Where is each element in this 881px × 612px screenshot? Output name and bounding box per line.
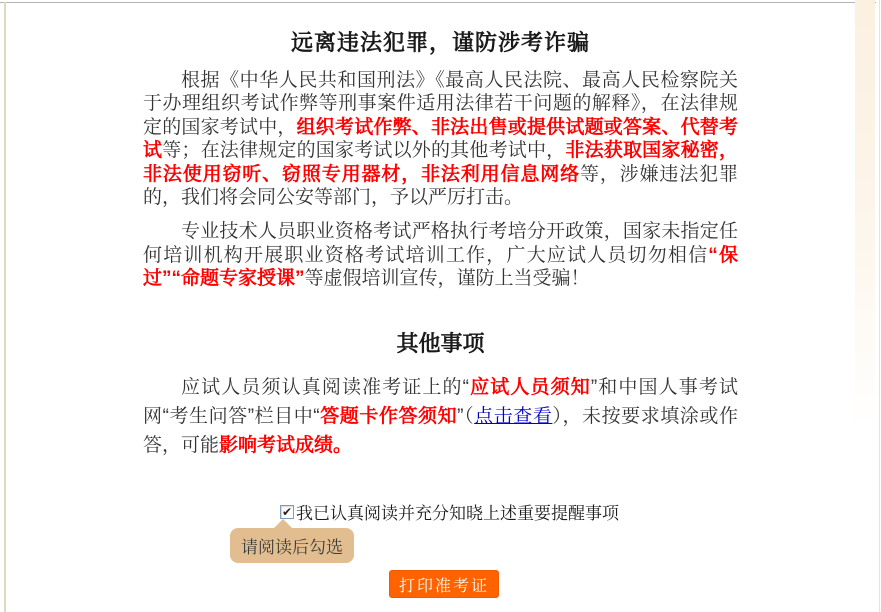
other-matters-title: 其他事项 xyxy=(143,329,738,359)
right-accent-band xyxy=(855,0,875,430)
click-to-view-link[interactable]: 点击查看 xyxy=(474,406,552,427)
tooltip-text: 请阅读后勾选 xyxy=(241,533,343,558)
text-segment: 等虚假培训宣传，谨防上当受骗！ xyxy=(305,268,590,289)
text-segment: 等；在法律规定的国家考试以外的其他考试中， xyxy=(162,140,565,161)
text-segment: 应试人员须知 xyxy=(469,377,591,398)
print-admission-ticket-button[interactable]: 打印准考证 xyxy=(389,570,499,598)
tooltip-arrow-up-icon xyxy=(274,519,292,528)
text-segment: 专业技术人员职业资格考试严格执行考培分开政策，国家未指定任何培训机构开展职业资格… xyxy=(143,221,738,265)
check-after-reading-tooltip: 请阅读后勾选 xyxy=(230,528,354,563)
text-segment: 影响考试成绩。 xyxy=(219,435,352,456)
text-segment: 答题卡作答须知 xyxy=(320,406,458,427)
fraud-warning-title: 远离违法犯罪，谨防涉考诈骗 xyxy=(143,28,738,58)
text-segment: ”（ xyxy=(457,406,474,427)
right-border-line xyxy=(879,0,880,612)
notice-content: 远离违法犯罪，谨防涉考诈骗 根据《中华人民共和国刑法》《最高人民法院、最高人民检… xyxy=(143,28,738,460)
exam-notice-page: { "colors": { "warning_red": "#ff0000", … xyxy=(0,0,881,612)
agreement-checkbox[interactable]: ✔ xyxy=(280,505,294,519)
fraud-warning-paragraph-1: 根据《中华人民共和国刑法》《最高人民法院、最高人民检察院关于办理组织考试作弊等刑… xyxy=(143,69,738,209)
fraud-warning-paragraph-2: 专业技术人员职业资格考试严格执行考培分开政策，国家未指定任何培训机构开展职业资格… xyxy=(143,220,738,290)
text-segment: 应试人员须认真阅读准考证上的“ xyxy=(181,377,469,398)
left-border-line xyxy=(4,2,6,612)
other-matters-paragraph: 应试人员须认真阅读准考证上的“应试人员须知”和中国人事考试网“考生问答”栏目中“… xyxy=(143,373,738,460)
top-border-line xyxy=(0,2,876,3)
agreement-label: 我已认真阅读并充分知晓上述重要提醒事项 xyxy=(296,499,619,524)
agreement-row: ✔ 我已认真阅读并充分知晓上述重要提醒事项 xyxy=(280,499,619,524)
